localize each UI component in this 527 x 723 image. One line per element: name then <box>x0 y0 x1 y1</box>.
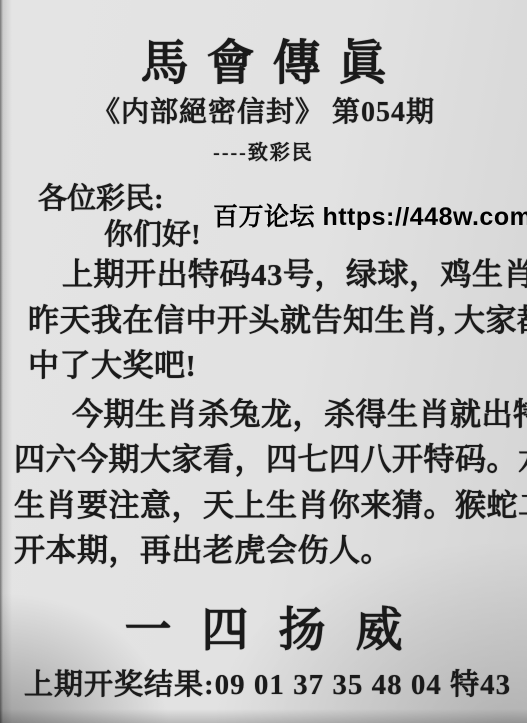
page-title: 馬會傳眞 <box>0 24 527 93</box>
watermark-text: 百万论坛 https://448w.com <box>213 197 527 233</box>
previous-draw-result: 上期开奖结果:09 01 37 35 48 04 特43 <box>24 662 511 703</box>
letter-body: 上期开出特码43号，绿球，鸡生肖。 昨天我在信中开头就告知生肖, 大家都 中了大… <box>14 252 519 574</box>
greeting-text: 你们好! <box>104 212 201 253</box>
body-line: 上期开出特码43号，绿球，鸡生肖。 <box>14 252 519 298</box>
dedication-line: ----致彩民 <box>0 136 527 165</box>
body-line: 开本期，再出老虎会伤人。 <box>14 528 519 574</box>
fax-flyer-page: 馬會傳眞 《内部絕密信封》 第054期 ----致彩民 各位彩民: 你们好! 百… <box>0 0 527 723</box>
slogan-text: 一四扬威 <box>0 593 527 660</box>
body-line: 生肖要注意，天上生肖你来猜。猴蛇二肖 <box>14 483 519 529</box>
body-line: 昨天我在信中开头就告知生肖, 大家都 <box>14 298 519 344</box>
body-line: 今期生肖杀兔龙，杀得生肖就出特。 <box>14 392 519 438</box>
salutation-text: 各位彩民: <box>38 176 164 217</box>
issue-subtitle: 《内部絕密信封》 第054期 <box>0 90 527 130</box>
body-line: 四六今期大家看，四七四八开特码。六畜 <box>14 437 519 483</box>
body-line: 中了大奖吧! <box>14 343 519 389</box>
